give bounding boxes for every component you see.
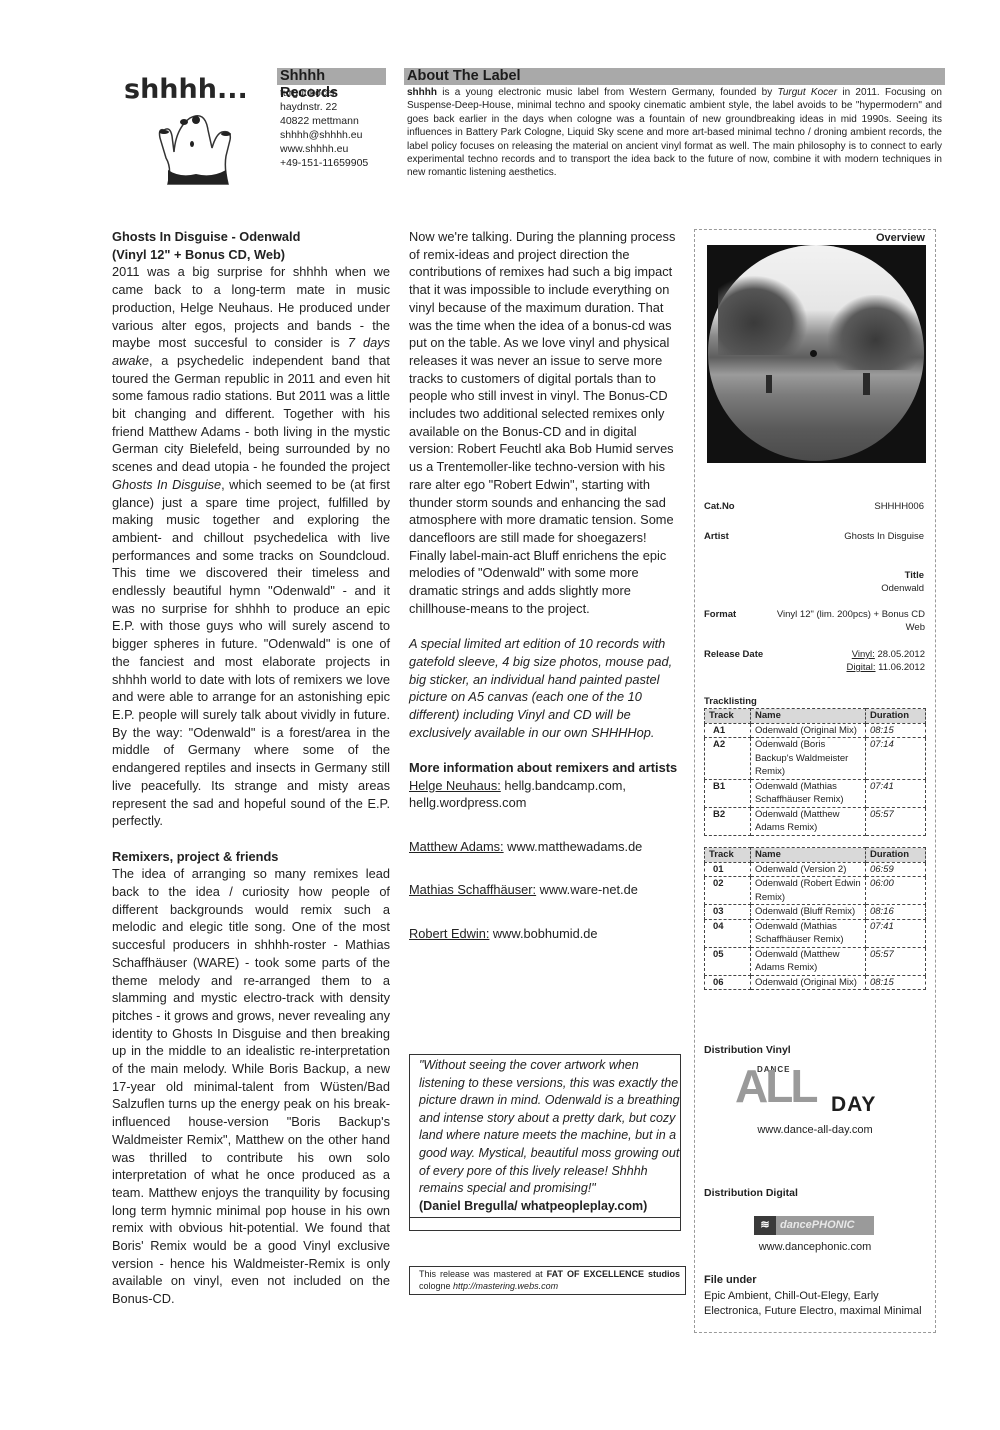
track-name: Odenwald (Mathias Schaffhäuser Remix) — [751, 779, 866, 807]
distribution-digital-title: Distribution Digital — [704, 1187, 798, 1199]
table-row: B1Odenwald (Mathias Schaffhäuser Remix)0… — [705, 779, 926, 807]
title-value: Odenwald — [760, 582, 924, 595]
track-number: B1 — [705, 779, 751, 807]
table-row: A1Odenwald (Original Mix)08:15 — [705, 723, 926, 738]
track-duration: 08:15 — [865, 723, 925, 738]
track-duration: 07:41 — [865, 779, 925, 807]
release-article-column: Ghosts In Disguise - Odenwald (Vinyl 12"… — [112, 228, 390, 1308]
format-value-line2: Web — [745, 621, 925, 634]
contact-title-bar: Shhhh Records — [277, 68, 386, 85]
contact-website[interactable]: www.shhhh.eu — [280, 142, 368, 156]
track-name: Odenwald (Bluff Remix) — [751, 905, 866, 920]
mastering-url[interactable]: http://mastering.webs.com — [453, 1281, 558, 1291]
track-name: Odenwald (Matthew Adams Remix) — [751, 807, 866, 835]
table-header-row: Track Name Duration — [705, 848, 926, 863]
link-name: Helge Neuhaus: — [409, 778, 501, 793]
file-under-genres: Epic Ambient, Chill-Out-Elegy, Early Ele… — [704, 1289, 929, 1320]
artist-value: Ghosts In Disguise — [760, 530, 924, 543]
cat-no-value: SHHHH006 — [760, 500, 924, 513]
col-track: Track — [705, 709, 751, 724]
release-date-label: Release Date — [704, 648, 763, 661]
track-duration: 07:14 — [865, 738, 925, 780]
track-name: Odenwald (Mathias Schaffhäuser Remix) — [751, 919, 866, 947]
link-url[interactable]: www.matthewadams.de — [504, 839, 643, 854]
table-row: 03Odenwald (Bluff Remix)08:16 — [705, 905, 926, 920]
vinyl-date-label: Vinyl: — [852, 649, 875, 660]
link-url[interactable]: www.ware-net.de — [536, 882, 638, 897]
about-title-bar: About The Label — [404, 68, 945, 85]
release-format-title: (Vinyl 12" + Bonus CD, Web) — [112, 246, 390, 264]
track-name: Odenwald (Original Mix) — [751, 975, 866, 990]
about-text-2: in 2011. Focusing on Suspense-Deep-House… — [407, 87, 942, 178]
link-matthew-adams[interactable]: Matthew Adams: www.matthewadams.de — [409, 838, 681, 856]
track-number: 02 — [705, 877, 751, 905]
mastering-studio: FAT OF EXCELLENCE studios — [547, 1269, 680, 1279]
link-robert-edwin[interactable]: Robert Edwin: www.bobhumid.de — [409, 925, 681, 943]
distribution-vinyl-title: Distribution Vinyl — [704, 1044, 791, 1056]
contact-email[interactable]: shhhh@shhhh.eu — [280, 128, 368, 142]
track-name: Odenwald (Version 2) — [751, 862, 866, 877]
format-label: Format — [704, 608, 736, 621]
table-row: 04Odenwald (Mathias Schaffhäuser Remix)0… — [705, 919, 926, 947]
logo-day-word: DAY — [831, 1093, 876, 1117]
cover-artwork-image — [707, 245, 926, 463]
intro-text-b: , a psychedelic independent band that to… — [112, 353, 390, 474]
col-duration: Duration — [865, 709, 925, 724]
col-name: Name — [751, 709, 866, 724]
table-row: B2Odenwald (Matthew Adams Remix)05:57 — [705, 807, 926, 835]
dancephonic-mark-icon: ≋ — [754, 1216, 776, 1235]
vinyl-release-date: Vinyl: 28.05.2012 — [780, 648, 925, 661]
digital-date-label: Digital: — [846, 662, 875, 673]
project-name: Ghosts In Disguise — [112, 477, 221, 492]
mastering-text-b: cologne — [419, 1281, 453, 1291]
about-text-1: is a young electronic music label from W… — [437, 87, 777, 98]
track-number: 04 — [705, 919, 751, 947]
table-row: 06Odenwald (Original Mix)08:15 — [705, 975, 926, 990]
table-row: 02Odenwald (Robert Edwin Remix)06:00 — [705, 877, 926, 905]
link-name: Robert Edwin: — [409, 926, 489, 941]
limited-edition-paragraph: A special limited art edition of 10 reco… — [409, 635, 681, 741]
link-url[interactable]: www.bobhumid.de — [489, 926, 597, 941]
dance-all-day-logo: DANCE ALL DAY — [735, 1065, 900, 1115]
track-number: 03 — [705, 905, 751, 920]
record-spindle-hole — [810, 350, 817, 357]
vinyl-date-value: 28.05.2012 — [875, 649, 925, 660]
track-number: 06 — [705, 975, 751, 990]
link-name: Matthew Adams: — [409, 839, 504, 854]
dancephonic-wordmark: dancePHONIC — [776, 1219, 855, 1231]
track-number: 05 — [705, 947, 751, 975]
mastering-text-a: This release was mastered at — [419, 1269, 547, 1279]
track-number: A2 — [705, 738, 751, 780]
track-name: Odenwald (Boris Backup's Waldmeister Rem… — [751, 738, 866, 780]
track-duration: 06:00 — [865, 877, 925, 905]
more-info-title: More information about remixers and arti… — [409, 759, 681, 777]
track-duration: 08:15 — [865, 975, 925, 990]
track-number: A1 — [705, 723, 751, 738]
track-duration: 05:57 — [865, 807, 925, 835]
col-track: Track — [705, 848, 751, 863]
overview-title: Overview — [876, 232, 925, 244]
track-duration: 07:41 — [865, 919, 925, 947]
table-row: 01Odenwald (Version 2)06:59 — [705, 862, 926, 877]
link-mathias-schaffhaeuser[interactable]: Mathias Schaffhäuser: www.ware-net.de — [409, 881, 681, 899]
col-duration: Duration — [865, 848, 925, 863]
release-title: Ghosts In Disguise - Odenwald — [112, 228, 390, 246]
logo-all-word: ALL — [735, 1061, 815, 1111]
dancephonic-url[interactable]: www.dancephonic.com — [730, 1241, 900, 1253]
contact-street: haydnstr. 22 — [280, 100, 368, 114]
cat-no-label: Cat.No — [704, 500, 735, 513]
review-quote: "Without seeing the cover artwork when l… — [419, 1057, 680, 1198]
ghost-logo-icon — [150, 108, 240, 186]
table-row: A2Odenwald (Boris Backup's Waldmeister R… — [705, 738, 926, 780]
intro-paragraph: 2011 was a big surprise for shhhh when w… — [112, 263, 390, 830]
cd-tracklist-table: Track Name Duration 01Odenwald (Version … — [704, 847, 926, 990]
track-name: Odenwald (Robert Edwin Remix) — [751, 877, 866, 905]
about-paragraph: shhhh is a young electronic music label … — [407, 86, 942, 180]
file-under-title: File under — [704, 1273, 929, 1289]
review-quote-box: "Without seeing the cover artwork when l… — [409, 1054, 681, 1231]
contact-name: turgut kocer — [280, 86, 368, 100]
vinyl-tracklist-table: Track Name Duration A1Odenwald (Original… — [704, 708, 926, 836]
dancephonic-logo: ≋dancePHONIC — [754, 1216, 874, 1235]
bonus-cd-paragraph: Now we're talking. During the planning p… — [409, 228, 681, 617]
about-lead: shhhh — [407, 87, 437, 98]
contact-city: 40822 mettmann — [280, 114, 368, 128]
contact-phone: +49-151-11659905 — [280, 156, 368, 170]
track-number: B2 — [705, 807, 751, 835]
review-citation: (Daniel Bregulla/ whatpeopleplay.com) — [419, 1198, 680, 1216]
remixers-paragraph: The idea of arranging so many remixes le… — [112, 865, 390, 1308]
label-logo-text: shhhh... — [124, 74, 248, 105]
artist-label: Artist — [704, 530, 729, 543]
track-duration: 05:57 — [865, 947, 925, 975]
vinyl-disc-photo — [708, 245, 924, 461]
track-duration: 08:16 — [865, 905, 925, 920]
dance-all-day-url[interactable]: www.dance-all-day.com — [730, 1124, 900, 1136]
bonus-cd-column: Now we're talking. During the planning p… — [409, 228, 681, 942]
remixers-section-title: Remixers, project & friends — [112, 848, 390, 866]
digital-release-date: Digital: 11.06.2012 — [780, 661, 925, 674]
contact-details: turgut kocer haydnstr. 22 40822 mettmann… — [280, 86, 368, 170]
digital-date-value: 11.06.2012 — [876, 662, 925, 673]
track-number: 01 — [705, 862, 751, 877]
link-helge-neuhaus[interactable]: Helge Neuhaus: hellg.bandcamp.com, hellg… — [409, 777, 681, 812]
intro-text-c: , which seemed to be (at first glance) j… — [112, 477, 390, 828]
table-header-row: Track Name Duration — [705, 709, 926, 724]
track-duration: 06:59 — [865, 862, 925, 877]
table-row: 05Odenwald (Matthew Adams Remix)05:57 — [705, 947, 926, 975]
mastering-note: This release was mastered at FAT OF EXCE… — [409, 1266, 686, 1295]
track-name: Odenwald (Matthew Adams Remix) — [751, 947, 866, 975]
format-value-line1: Vinyl 12" (lim. 200pcs) + Bonus CD — [745, 608, 925, 621]
file-under-section: File under Epic Ambient, Chill-Out-Elegy… — [704, 1273, 929, 1320]
link-name: Mathias Schaffhäuser: — [409, 882, 536, 897]
track-name: Odenwald (Original Mix) — [751, 723, 866, 738]
about-founder: Turgut Kocer — [777, 87, 837, 98]
col-name: Name — [751, 848, 866, 863]
title-label: Title — [760, 569, 924, 582]
tracklisting-title: Tracklisting — [704, 696, 757, 707]
